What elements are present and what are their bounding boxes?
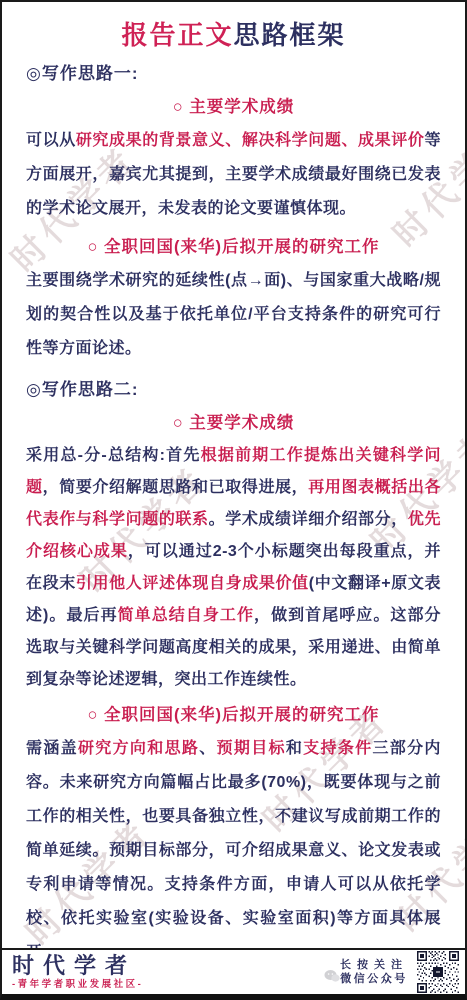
text-segment-highlight: 研究成果的背景意义、解决科学问题、成果评价 xyxy=(76,132,425,149)
brand-tagline: -青年学者职业发展社区- xyxy=(12,980,143,990)
wechat-icon xyxy=(324,969,340,988)
text-segment-highlight: 引用他人评述体现自身成果价值 xyxy=(76,575,309,592)
text-segment: 需涵盖 xyxy=(26,740,78,757)
page-title-rest: 思路框架 xyxy=(234,20,346,50)
text-segment-highlight: 预期目标 xyxy=(217,740,286,757)
subheading-research-plan-2: ○ 全职回国(来华)后拟开展的研究工作 xyxy=(26,704,441,726)
text-segment: 三部分内容。未来研究方向篇幅占比最多(70%)，既要体现与之前工作的相关性，也要… xyxy=(26,740,441,961)
page-title: 报告正文思路框架 xyxy=(26,18,441,52)
poster-content: 报告正文思路框架 ◎写作思路一: ○ 主要学术成绩 可以从研究成果的背景意义、解… xyxy=(2,2,465,970)
text-segment: 可以从 xyxy=(26,132,76,149)
text-segment: 采用总-分-总结构:首先 xyxy=(26,447,201,464)
paragraph-research-plan-2: 需涵盖研究方向和思路、预期目标和支持条件三部分内容。未来研究方向篇幅占比最多(7… xyxy=(26,732,441,970)
section-heading-idea-1: ◎写作思路一: xyxy=(26,62,441,86)
follow-hint-line1: 长按关注 xyxy=(340,958,408,972)
subheading-academic-achievements-2: ○ 主要学术成绩 xyxy=(26,412,441,434)
follow-hint-line2: 微信公众号 xyxy=(340,972,408,986)
page-title-highlight: 报告正文 xyxy=(121,20,233,50)
text-segment-highlight: 研究方向和思路 xyxy=(78,740,199,757)
paragraph-achievements-2: 采用总-分-总结构:首先根据前期工作提炼出关键科学问题，简要介绍解题思路和已取得… xyxy=(26,440,441,696)
subheading-research-plan-1: ○ 全职回国(来华)后拟开展的研究工作 xyxy=(26,236,441,258)
text-segment-highlight: 支持条件 xyxy=(303,740,372,757)
text-segment: 主要围绕学术研究的延续性(点→面)、与国家重大战略/规划的契合性以及基于依托单位… xyxy=(26,272,441,357)
text-segment-highlight: 简单总结自身工作 xyxy=(118,607,254,624)
paragraph-research-plan-1: 主要围绕学术研究的延续性(点→面)、与国家重大战略/规划的契合性以及基于依托单位… xyxy=(26,264,441,366)
footer: 时代学者 -青年学者职业发展社区- 长按关注 微信公众号 xyxy=(2,948,465,994)
qr-code xyxy=(416,951,460,993)
text-segment: 、 xyxy=(199,740,216,757)
follow-hint: 长按关注 微信公众号 xyxy=(340,958,408,986)
section-heading-idea-2: ◎写作思路二: xyxy=(26,378,441,402)
brand-block: 时代学者 -青年学者职业发展社区- xyxy=(12,955,143,990)
text-segment: 和 xyxy=(286,740,303,757)
poster-page: 时代学者 时代学者 时代学者 时代学者 时代学者 时代学者 时代学者 报告正文思… xyxy=(0,0,467,1000)
brand-logo-text: 时代学者 xyxy=(12,955,143,977)
text-segment: 。学术成绩详细介绍部分， xyxy=(209,511,408,528)
subheading-academic-achievements-1: ○ 主要学术成绩 xyxy=(26,96,441,118)
paragraph-achievements-1: 可以从研究成果的背景意义、解决科学问题、成果评价等方面展开，嘉宾尤其提到，主要学… xyxy=(26,124,441,226)
text-segment: ，简要介绍解题思路和已取得进展， xyxy=(43,479,309,496)
